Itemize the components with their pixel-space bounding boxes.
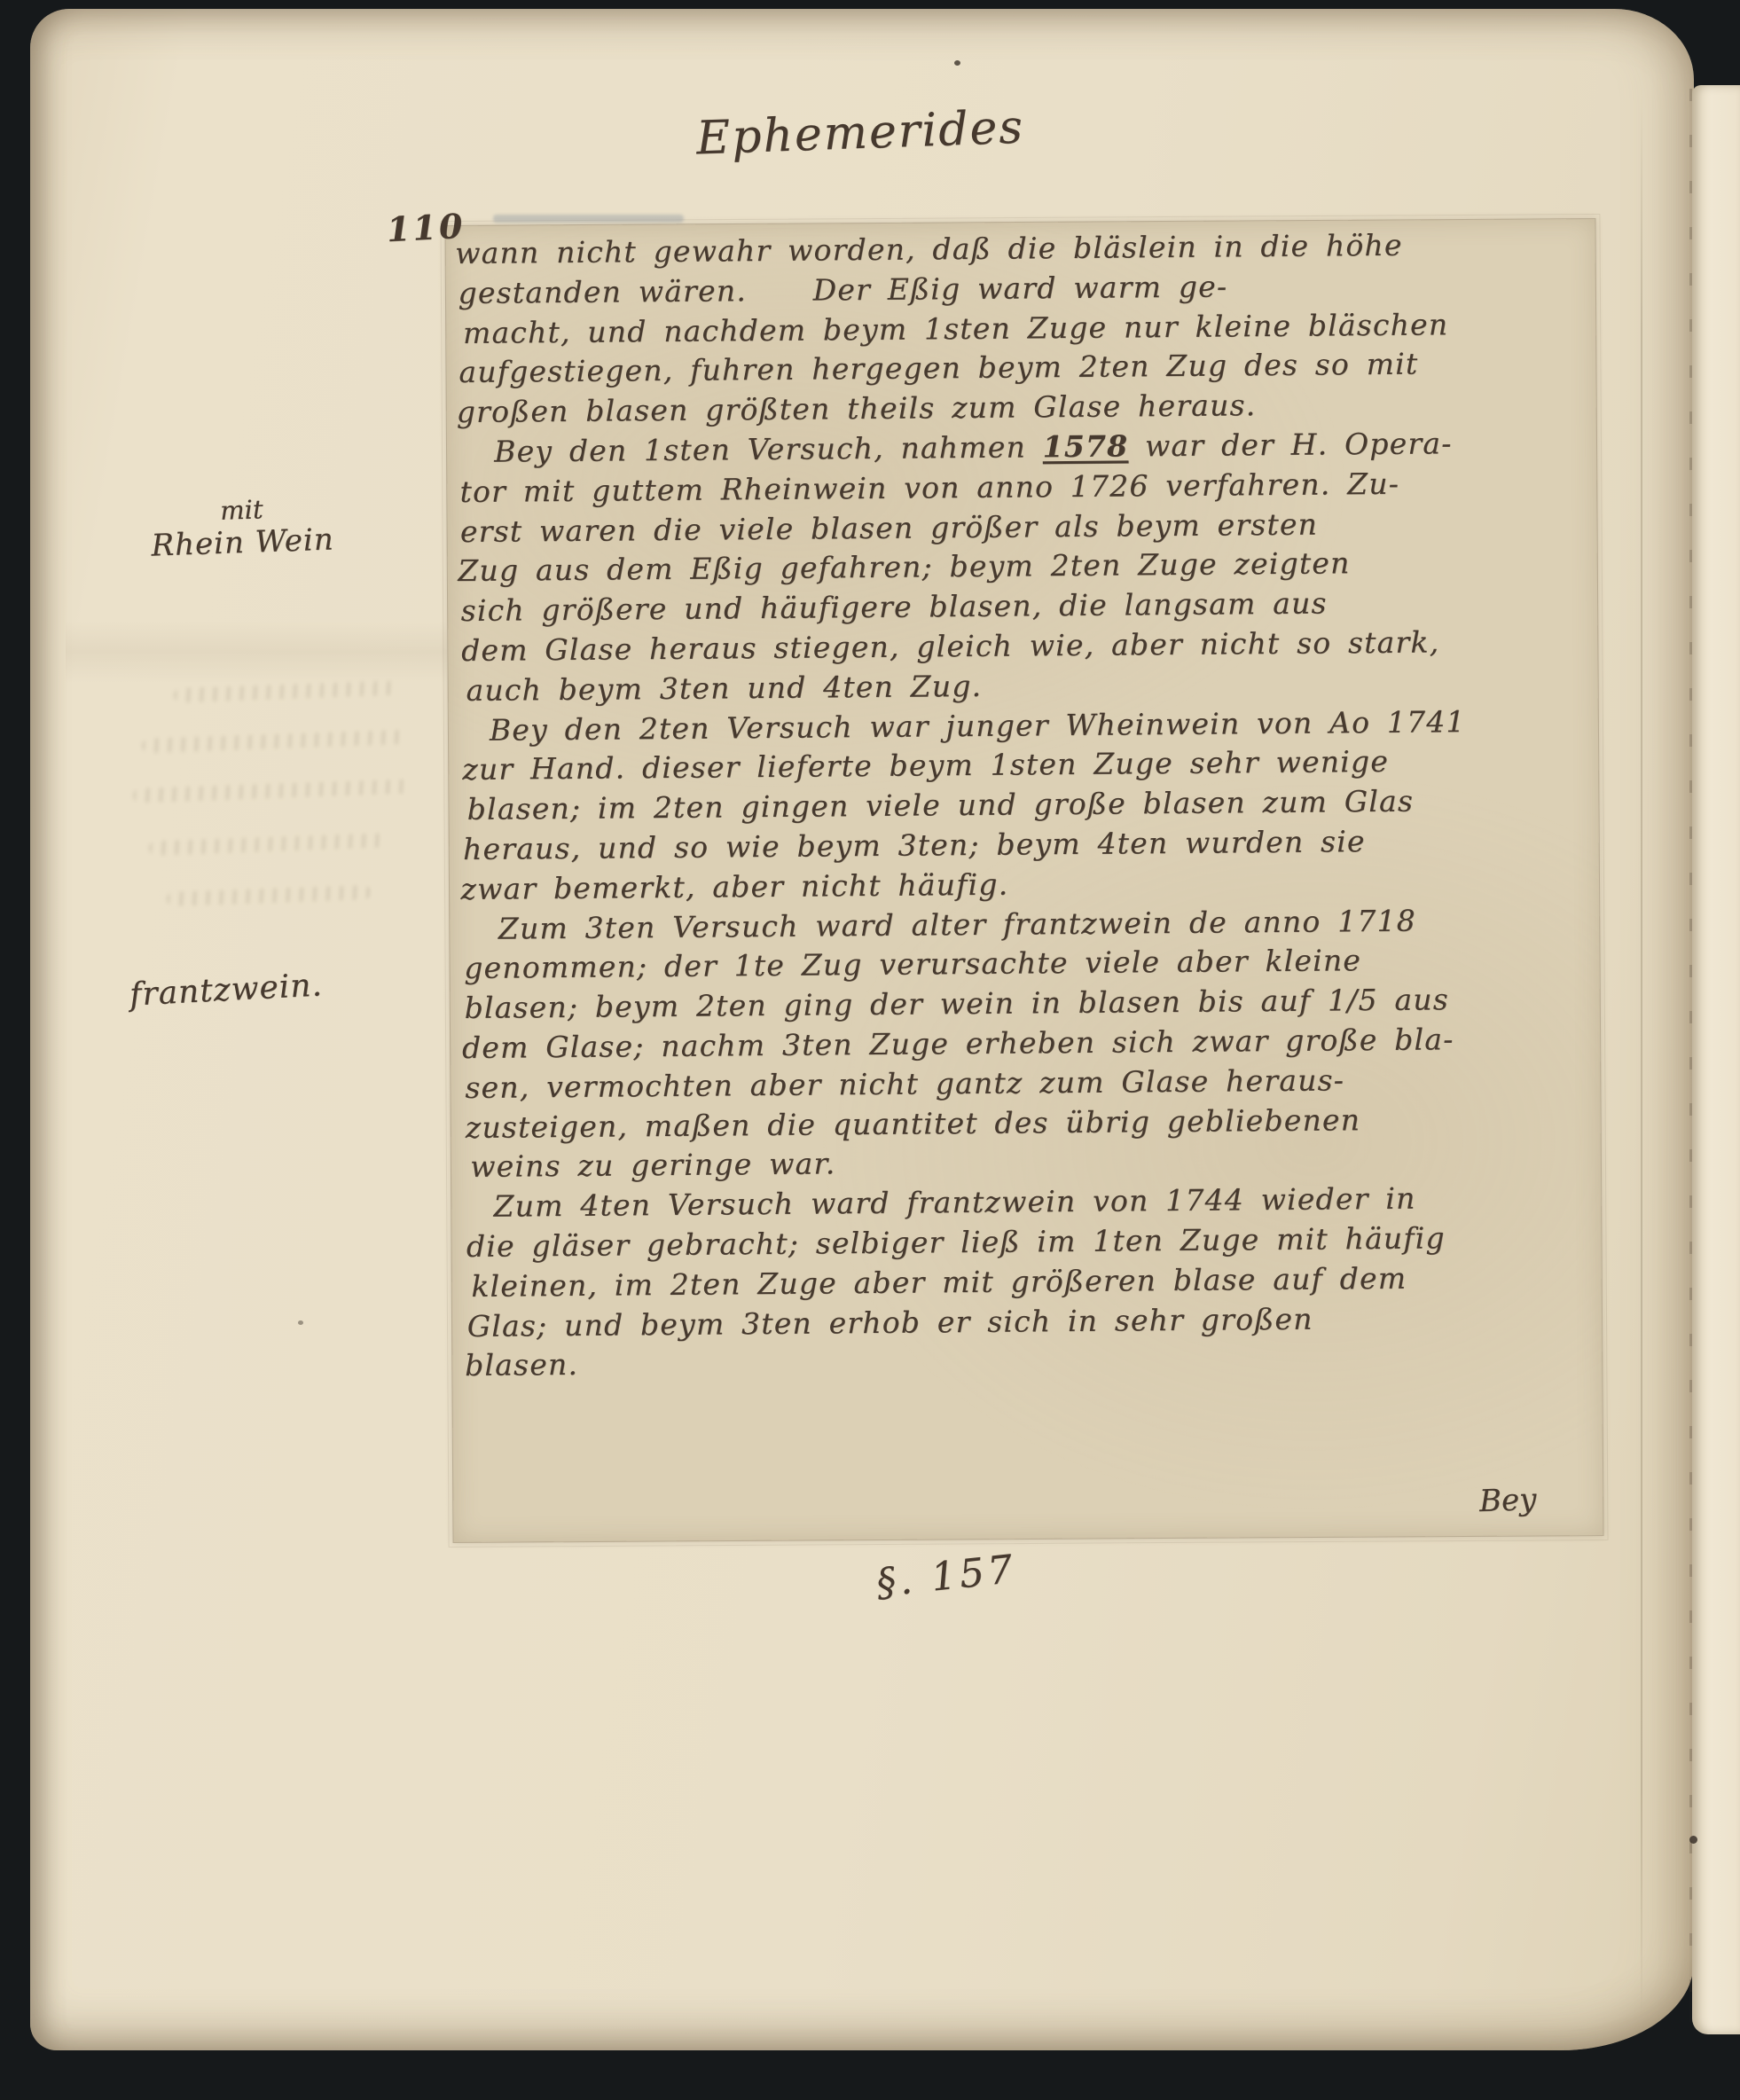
binding-stitch-line <box>1689 89 1692 2022</box>
scanned-manuscript: Ephemerides 110 mit Rhein Wein frantzwei… <box>0 0 1740 2100</box>
manuscript-text-block: wann nicht gewahr worden, daß die bläsle… <box>458 224 1599 1386</box>
next-page-edge <box>1692 85 1740 2034</box>
page-crease <box>1641 98 1642 2022</box>
page-number: 110 <box>386 206 466 250</box>
ink-speck <box>954 60 960 66</box>
ink-speck <box>298 1320 303 1325</box>
margin-note-rheinwein: mit Rhein Wein <box>121 490 363 564</box>
glue-mark <box>493 215 684 223</box>
underlined-number: 1578 <box>1042 428 1128 464</box>
ink-speck <box>1689 1836 1697 1844</box>
catchword: Bey <box>1478 1482 1537 1519</box>
